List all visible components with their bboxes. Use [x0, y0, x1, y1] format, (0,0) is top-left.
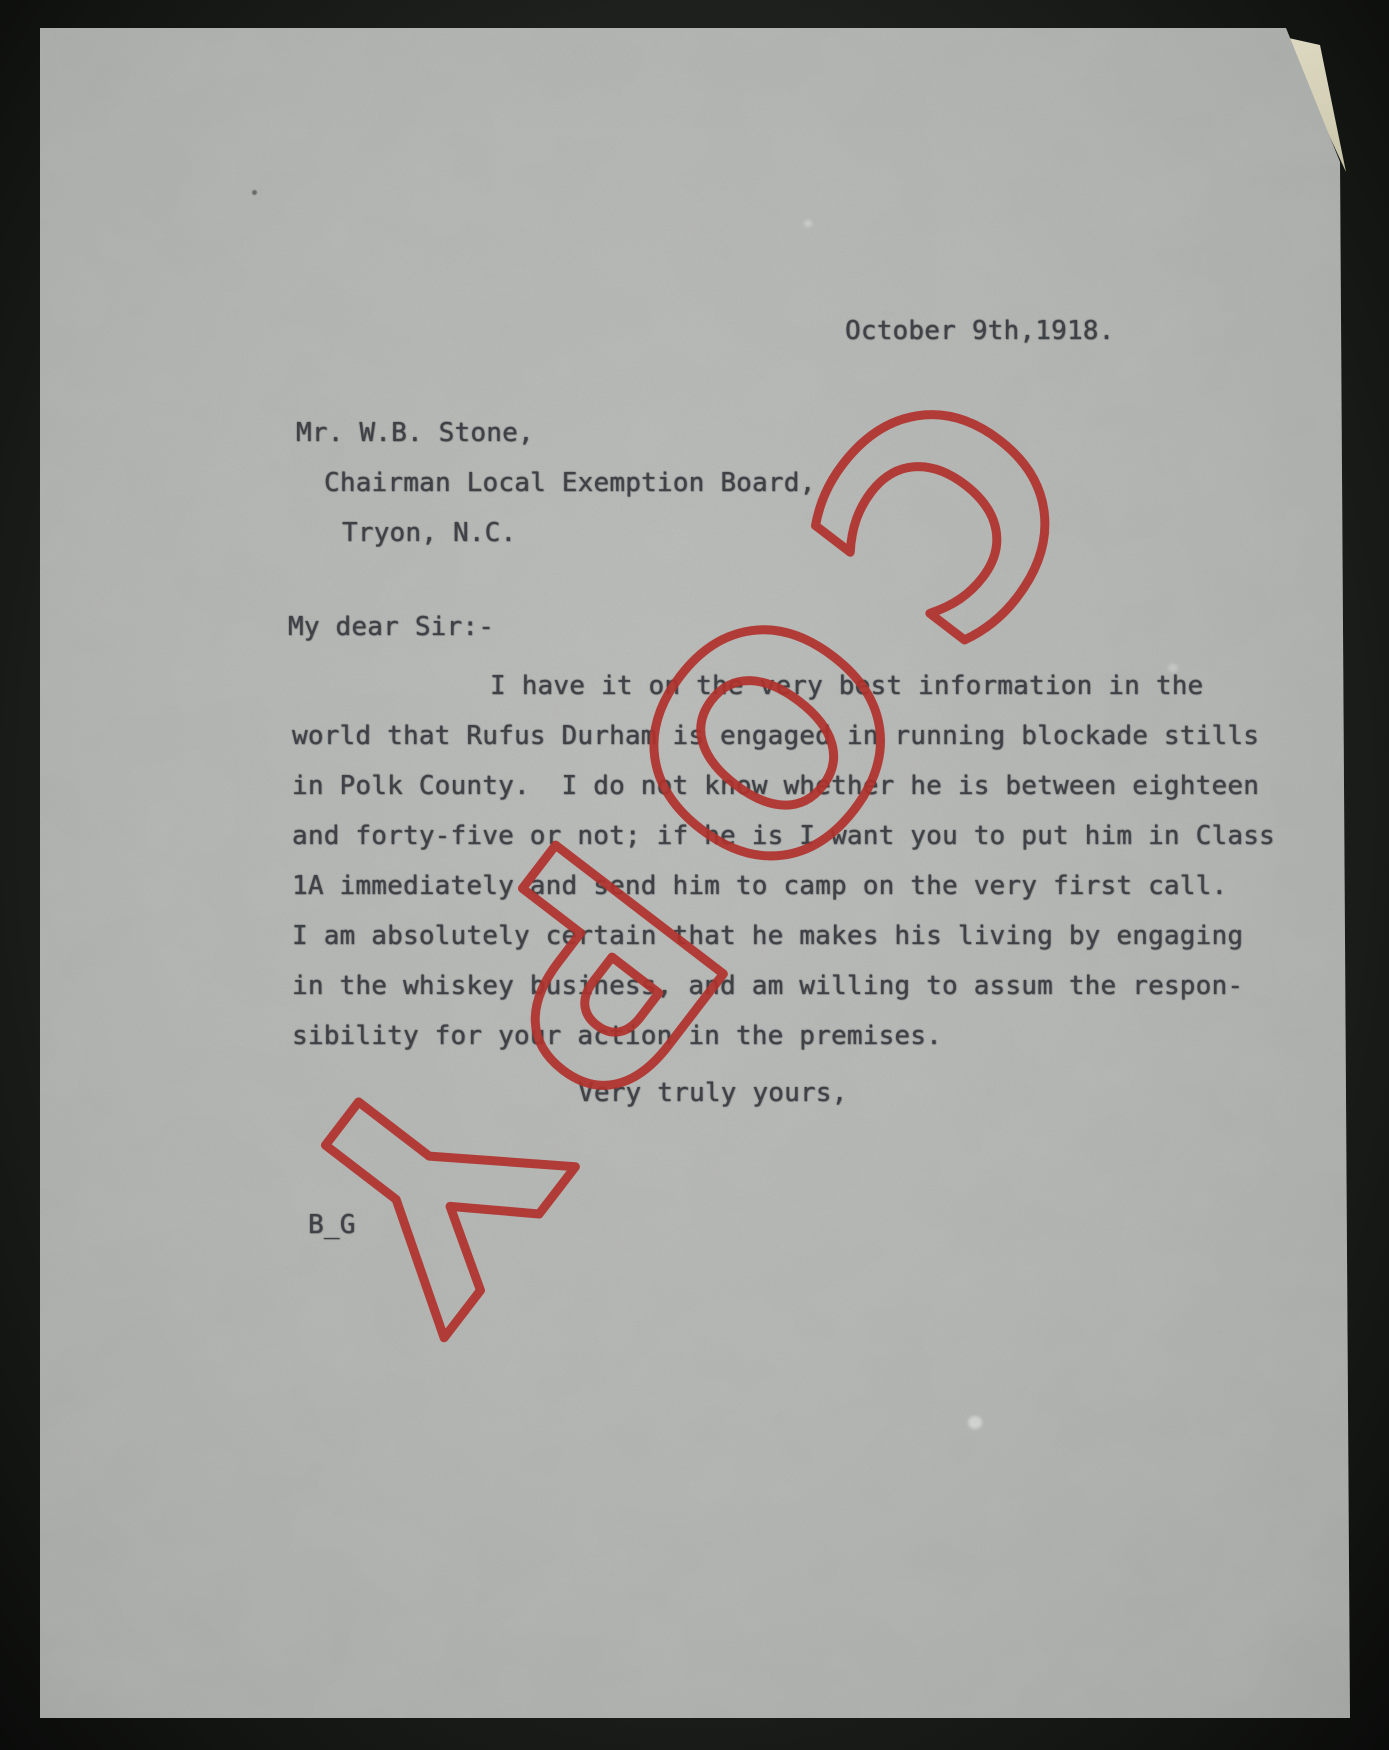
- body-line: I have it on the very best information i…: [292, 668, 1302, 718]
- paper-speck: [804, 220, 812, 227]
- body-line: 1A immediately and send him to camp on t…: [292, 868, 1302, 918]
- paper-speck: [968, 1416, 982, 1429]
- recipient-title: Chairman Local Exemption Board,: [324, 468, 815, 498]
- letter-paragraph: I have it on the very best information i…: [292, 668, 1302, 1068]
- letter-body-text: October 9th,1918. Mr. W.B. Stone, Chairm…: [40, 28, 1350, 1718]
- closing-line: Very truly yours,: [578, 1078, 848, 1108]
- date-line: October 9th,1918.: [845, 316, 1115, 346]
- paper-speck: [252, 190, 257, 195]
- body-line: I am absolutely certain that he makes hi…: [292, 918, 1302, 968]
- body-line: sibility for your action in the premises…: [292, 1018, 1302, 1068]
- recipient-location: Tryon, N.C.: [342, 518, 516, 548]
- salutation: My dear Sir:-: [288, 612, 494, 642]
- letter-paper: October 9th,1918. Mr. W.B. Stone, Chairm…: [40, 28, 1350, 1718]
- paper-speck: [1168, 664, 1178, 672]
- typist-initials: B_G: [308, 1210, 356, 1240]
- body-line: in Polk County. I do not know whether he…: [292, 768, 1302, 818]
- body-line: and forty-five or not; if he is I want y…: [292, 818, 1302, 868]
- recipient-name: Mr. W.B. Stone,: [296, 418, 534, 448]
- scanned-letter-background: October 9th,1918. Mr. W.B. Stone, Chairm…: [0, 0, 1389, 1750]
- body-line: world that Rufus Durham is engaged in ru…: [292, 718, 1302, 768]
- body-line: in the whiskey business, and am willing …: [292, 968, 1302, 1018]
